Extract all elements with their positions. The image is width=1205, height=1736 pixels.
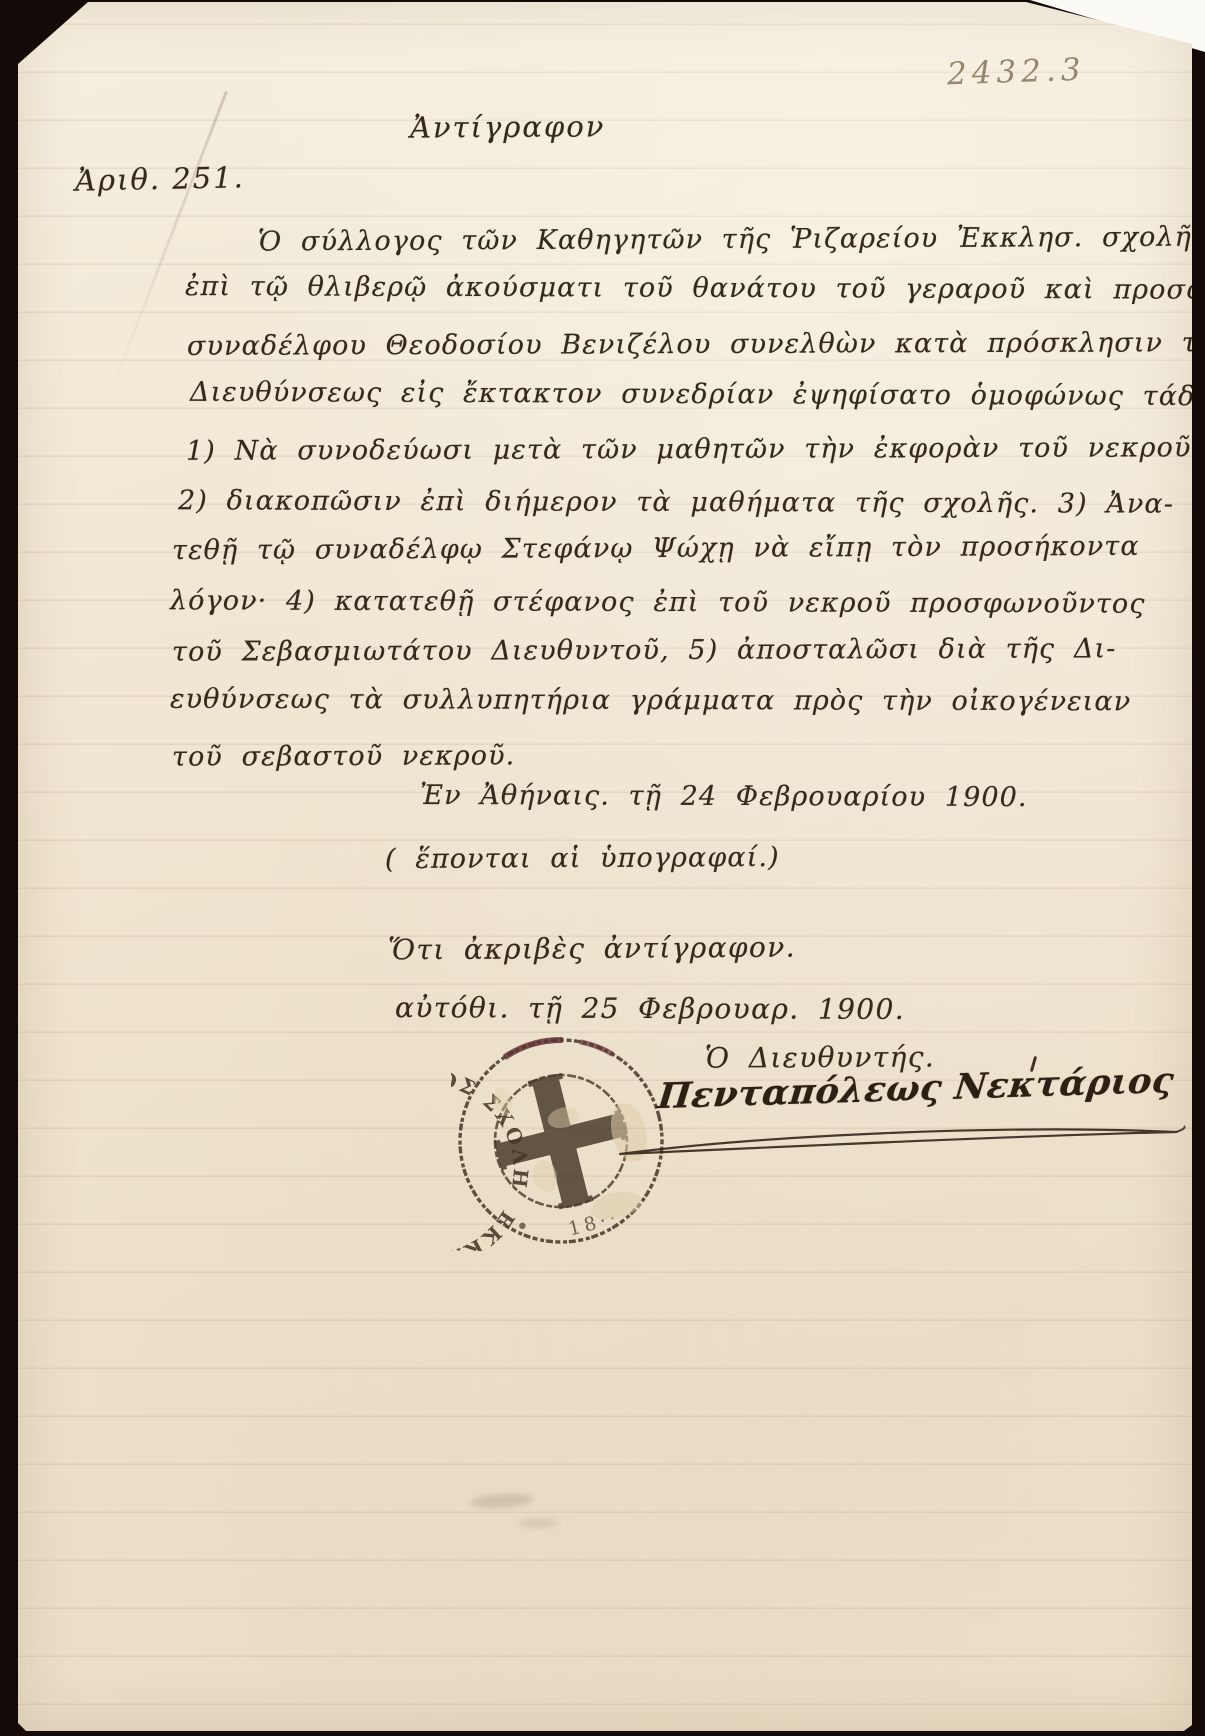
letter-ref-number: Ἀριθ. 251. — [75, 160, 246, 198]
letter-heading: Ἀντίγραφον — [410, 109, 606, 144]
letter-paper: 2432.3 Ἀντίγραφον Ἀριθ. 251. Ὁ σύλλογος … — [18, 2, 1192, 1731]
body-line: 2) διακοπῶσιν ἐπὶ διήμερον τὰ μαθήματα τ… — [178, 485, 1174, 519]
smudge-mark — [470, 1492, 535, 1510]
letter-place-date: Ἐν Ἀθήναις. τῇ 24 Φεβρουαρίου 1900. — [420, 780, 1028, 813]
seal-accent-arc — [580, 1035, 613, 1061]
body-line: ἐπὶ τῷ θλιβερῷ ἀκούσματι τοῦ θανάτου τοῦ… — [185, 271, 1205, 306]
body-line: συναδέλφου Θεοδοσίου Βενιζέλου συνελθὼν … — [187, 327, 1205, 362]
certification-place-date: αὐτόθι. τῇ 25 Φεβρουαρ. 1900. — [395, 991, 905, 1026]
body-line: τοῦ σεβαστοῦ νεκροῦ. — [172, 740, 515, 772]
seal-dot — [519, 1222, 527, 1230]
body-line: ευθύνσεως τὰ συλλυπητήρια γράμματα πρὸς … — [170, 684, 1131, 718]
archive-number-pencil: 2432.3 — [946, 52, 1086, 93]
signature-flourish — [578, 1102, 1198, 1172]
body-line: Διευθύνσεως εἰς ἔκτακτον συνεδρίαν ἐψηφί… — [190, 377, 1205, 412]
body-line: 1) Νὰ συνοδεύωσι μετὰ τῶν μαθητῶν τὴν ἐκ… — [186, 432, 1201, 467]
body-line: τεθῇ τῷ συναδέλφῳ Στεφάνῳ Ψώχῃ νὰ εἴπῃ τ… — [172, 531, 1140, 566]
body-line: Ὁ σύλλογος τῶν Καθηγητῶν τῆς Ῥιζαρείου Ἐ… — [258, 222, 1205, 258]
certification-statement: Ὅτι ἀκριβὲς ἀντίγραφον. — [388, 931, 796, 967]
body-line: λόγον· 4) κατατεθῇ στέφανος ἐπὶ τοῦ νεκρ… — [170, 585, 1146, 619]
signatures-note: ( ἕπονται αἱ ὑπογραφαί.) — [385, 842, 780, 875]
body-line: τοῦ Σεβασμιωτάτου Διευθυντοῦ, 5) ἀποσταλ… — [172, 633, 1117, 667]
scanned-document: 2432.3 Ἀντίγραφον Ἀριθ. 251. Ὁ σύλλογος … — [0, 0, 1205, 1736]
smudge-mark — [518, 1518, 558, 1528]
seal-accent-arc — [503, 1037, 563, 1058]
